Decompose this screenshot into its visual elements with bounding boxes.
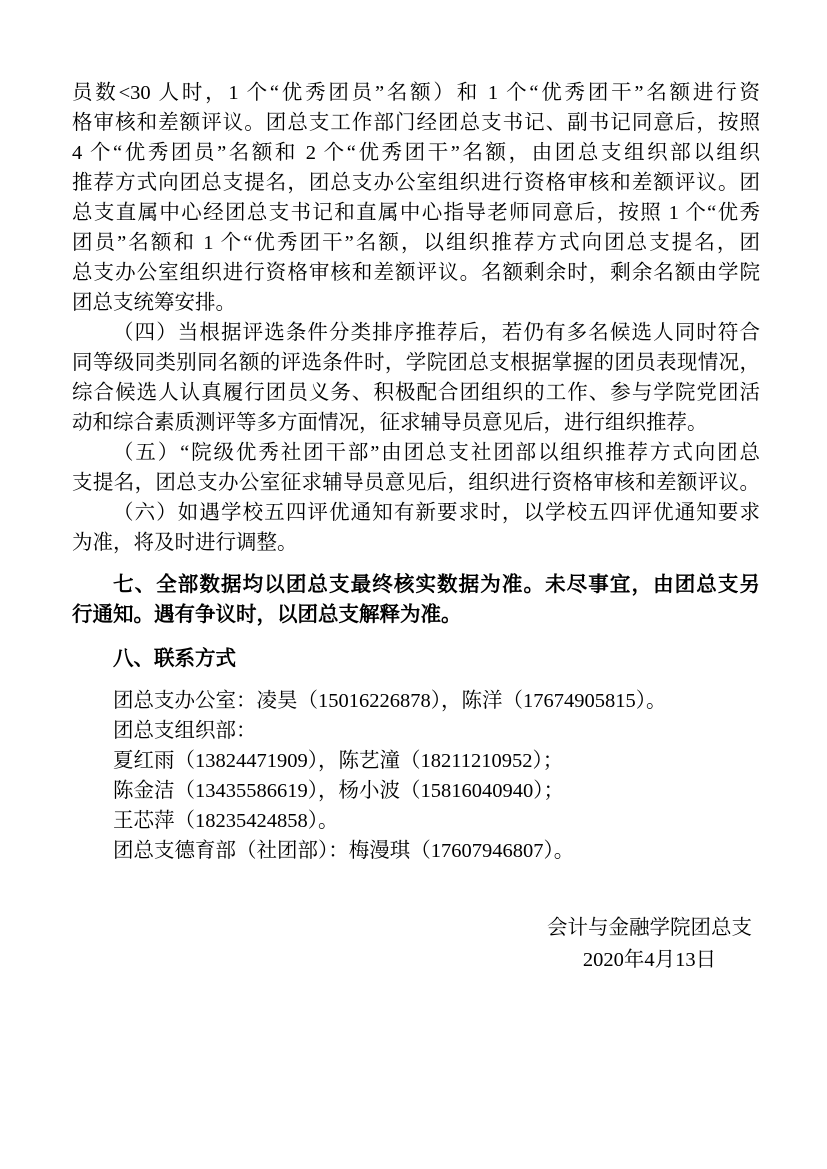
section-7-line: 七、全部数据均以团总支最终核实数据为准。未尽事宜，由团总支另 (72, 570, 760, 600)
item-4-line: （四）当根据评选条件分类排序推荐后，若仍有多名候选人同时符合 (72, 318, 760, 348)
section-7-line: 行通知。遇有争议时，以团总支解释为准。 (72, 600, 760, 630)
contact-moral-dept-line: 团总支德育部（社团部）：梅漫琪（17607946807）。 (72, 836, 760, 866)
item-6-line: 为准，将及时进行调整。 (72, 528, 760, 558)
section-8-heading: 八、联系方式 (72, 644, 760, 674)
document-body: 员数<30 人时，1 个“优秀团员”名额）和 1 个“优秀团干”名额进行资格审核… (72, 78, 760, 976)
continued-paragraph-line: 团员”名额和 1 个“优秀团干”名额，以组织推荐方式向团总支提名，团 (72, 228, 760, 258)
continued-paragraph-line: 总支办公室组织进行资格审核和差额评议。名额剩余时，剩余名额由学院 (72, 258, 760, 288)
item-4-line: 综合候选人认真履行团员义务、积极配合团组织的工作、参与学院党团活 (72, 378, 760, 408)
item-5-line: （五）“院级优秀社团干部”由团总支社团部以组织推荐方式向团总 (72, 438, 760, 468)
document-page: 员数<30 人时，1 个“优秀团员”名额）和 1 个“优秀团干”名额进行资格审核… (0, 0, 827, 1169)
continued-paragraph-line: 员数<30 人时，1 个“优秀团员”名额）和 1 个“优秀团干”名额进行资 (72, 78, 760, 108)
item-6-line: （六）如遇学校五四评优通知有新要求时，以学校五四评优通知要求 (72, 498, 760, 528)
signature-inner: 会计与金融学院团总支 2020年4月13日 (547, 912, 752, 976)
contact-office-line: 团总支办公室：凌昊（15016226878），陈洋（17674905815）。 (72, 686, 760, 716)
contact-org-dept-line: 陈金洁（13435586619），杨小波（15816040940）； (72, 776, 760, 806)
continued-paragraph-line: 总支直属中心经团总支书记和直属中心指导老师同意后，按照 1 个“优秀 (72, 198, 760, 228)
continued-paragraph-line: 格审核和差额评议。团总支工作部门经团总支书记、副书记同意后，按照 (72, 108, 760, 138)
contact-org-dept-line: 夏红雨（13824471909），陈艺潼（18211210952）； (72, 746, 760, 776)
continued-paragraph-line: 4 个“优秀团员”名额和 2 个“优秀团干”名额，由团总支组织部以组织 (72, 138, 760, 168)
signature-block: 会计与金融学院团总支 2020年4月13日 (72, 912, 760, 976)
item-4-line: 动和综合素质测评等多方面情况，征求辅导员意见后，进行组织推荐。 (72, 408, 760, 438)
signature-organization: 会计与金融学院团总支 (547, 912, 752, 944)
contact-org-dept-heading: 团总支组织部： (72, 716, 760, 746)
item-4-line: 同等级同类别同名额的评选条件时，学院团总支根据掌握的团员表现情况， (72, 348, 760, 378)
continued-paragraph-line: 团总支统筹安排。 (72, 288, 760, 318)
item-5-line: 支提名，团总支办公室征求辅导员意见后，组织进行资格审核和差额评议。 (72, 468, 760, 498)
signature-date: 2020年4月13日 (547, 944, 752, 976)
continued-paragraph-line: 推荐方式向团总支提名，团总支办公室组织进行资格审核和差额评议。团 (72, 168, 760, 198)
document-lines: 员数<30 人时，1 个“优秀团员”名额）和 1 个“优秀团干”名额进行资格审核… (72, 78, 760, 866)
contact-org-dept-line: 王芯萍（18235424858）。 (72, 806, 760, 836)
